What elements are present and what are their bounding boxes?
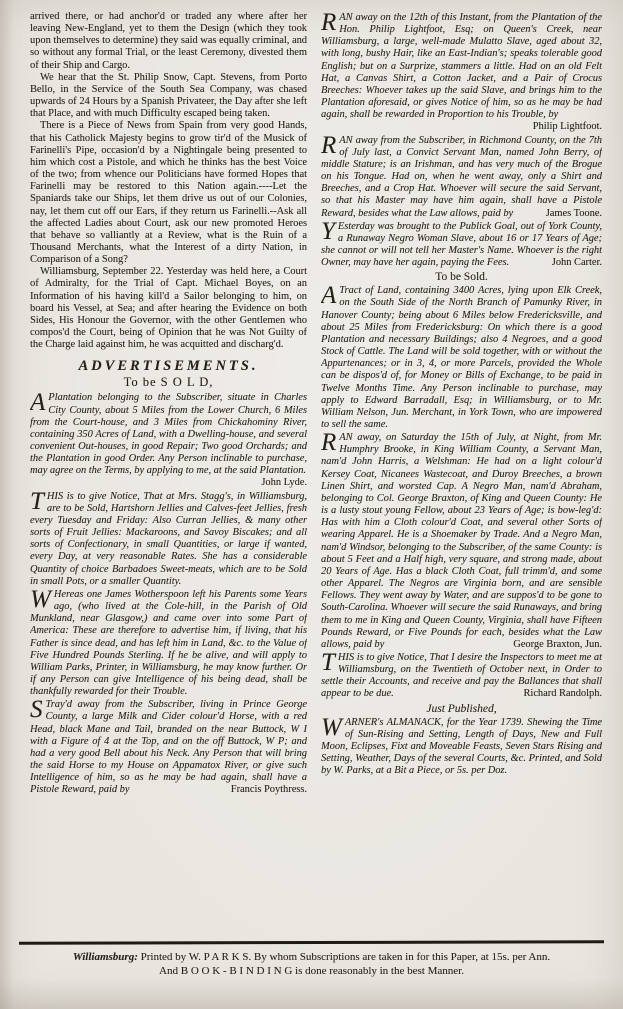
drop-cap: A — [30, 392, 48, 414]
drop-cap: R — [321, 432, 339, 454]
printer-imprint: Williamsburg: Printed by W. P A R K S. B… — [24, 951, 599, 978]
news-paragraph: Williamsburg, September 22. Yesterday wa… — [30, 266, 307, 351]
ad-text: Plantation belonging to the Subscriber, … — [30, 392, 307, 476]
right-column: RAN away on the 12th of this Instant, fr… — [321, 11, 602, 939]
news-paragraph: arrived there, or had anchor'd or traded… — [30, 11, 307, 72]
ad-text: HIS is to give Notice, That at Mrs. Stag… — [30, 491, 307, 587]
advertisements-header: ADVERTISEMENTS. — [30, 358, 307, 375]
signature: John Lyde. — [253, 477, 307, 489]
signature: John Carter. — [544, 257, 602, 269]
signature: Richard Randolph. — [516, 688, 603, 700]
ad-paragraph: YEsterday was brought to the Publick Goa… — [321, 221, 602, 270]
ad-paragraph: RAN away, on Saturday the 15th of July, … — [321, 432, 602, 651]
drop-cap: R — [321, 12, 339, 34]
to-be-sold-subhead: To be Sold. — [321, 271, 602, 284]
ad-paragraph: APlantation belonging to the Subscriber,… — [30, 392, 307, 489]
ad-paragraph: THIS is to give Notice, That I desire th… — [321, 652, 602, 701]
imprint-line2: And B O O K - B I N D I N G is done reas… — [159, 965, 464, 977]
imprint-place: Williamsburg: — [73, 951, 138, 963]
footer-rule — [19, 940, 604, 945]
signature: Francis Poythress. — [223, 784, 307, 796]
drop-cap: W — [30, 589, 54, 611]
signature: James Toone. — [538, 208, 602, 220]
drop-cap: T — [30, 491, 47, 513]
drop-cap: A — [321, 285, 339, 307]
ad-paragraph: STray'd away from the Subscriber, living… — [30, 699, 307, 796]
drop-cap: S — [30, 699, 46, 721]
drop-cap: W — [321, 717, 345, 739]
drop-cap: R — [321, 135, 339, 157]
newspaper-page: arrived there, or had anchor'd or traded… — [0, 0, 623, 1009]
ad-text: ARNER's ALMANACK, for the Year 1739. She… — [321, 717, 602, 777]
news-paragraph: There is a Piece of News from Spain from… — [30, 120, 307, 266]
ad-paragraph: ATract of Land, containing 3400 Acres, l… — [321, 285, 602, 431]
news-paragraph: We hear that the St. Philip Snow, Capt. … — [30, 72, 307, 121]
ad-text: AN away from the Subscriber, in Richmond… — [321, 135, 602, 219]
ad-text: AN away, on Saturday the 15th of July, a… — [321, 432, 602, 650]
ad-paragraph: RAN away from the Subscriber, in Richmon… — [321, 135, 602, 220]
ad-paragraph: WARNER's ALMANACK, for the Year 1739. Sh… — [321, 717, 602, 778]
ad-paragraph: THIS is to give Notice, That at Mrs. Sta… — [30, 491, 307, 588]
ad-text: AN away on the 12th of this Instant, fro… — [321, 12, 602, 120]
ad-text: Tray'd away from the Subscriber, living … — [30, 699, 307, 795]
left-column: arrived there, or had anchor'd or traded… — [30, 11, 307, 935]
ad-text: Hereas one James Wotherspoon left his Pa… — [30, 589, 307, 697]
ad-paragraph: RAN away on the 12th of this Instant, fr… — [321, 12, 602, 134]
ad-text: Tract of Land, containing 3400 Acres, ly… — [321, 285, 602, 430]
signature: Philip Lightfoot. — [525, 121, 602, 133]
signature: George Braxton, Jun. — [505, 639, 602, 651]
drop-cap: T — [321, 652, 338, 674]
imprint-line1: Printed by W. P A R K S. By whom Subscri… — [141, 951, 551, 963]
just-published-subhead: Just Published, — [321, 703, 602, 716]
ad-paragraph: WHereas one James Wotherspoon left his P… — [30, 589, 307, 698]
drop-cap: Y — [321, 221, 338, 243]
to-be-sold-subheader: To be S O L D, — [30, 375, 307, 389]
